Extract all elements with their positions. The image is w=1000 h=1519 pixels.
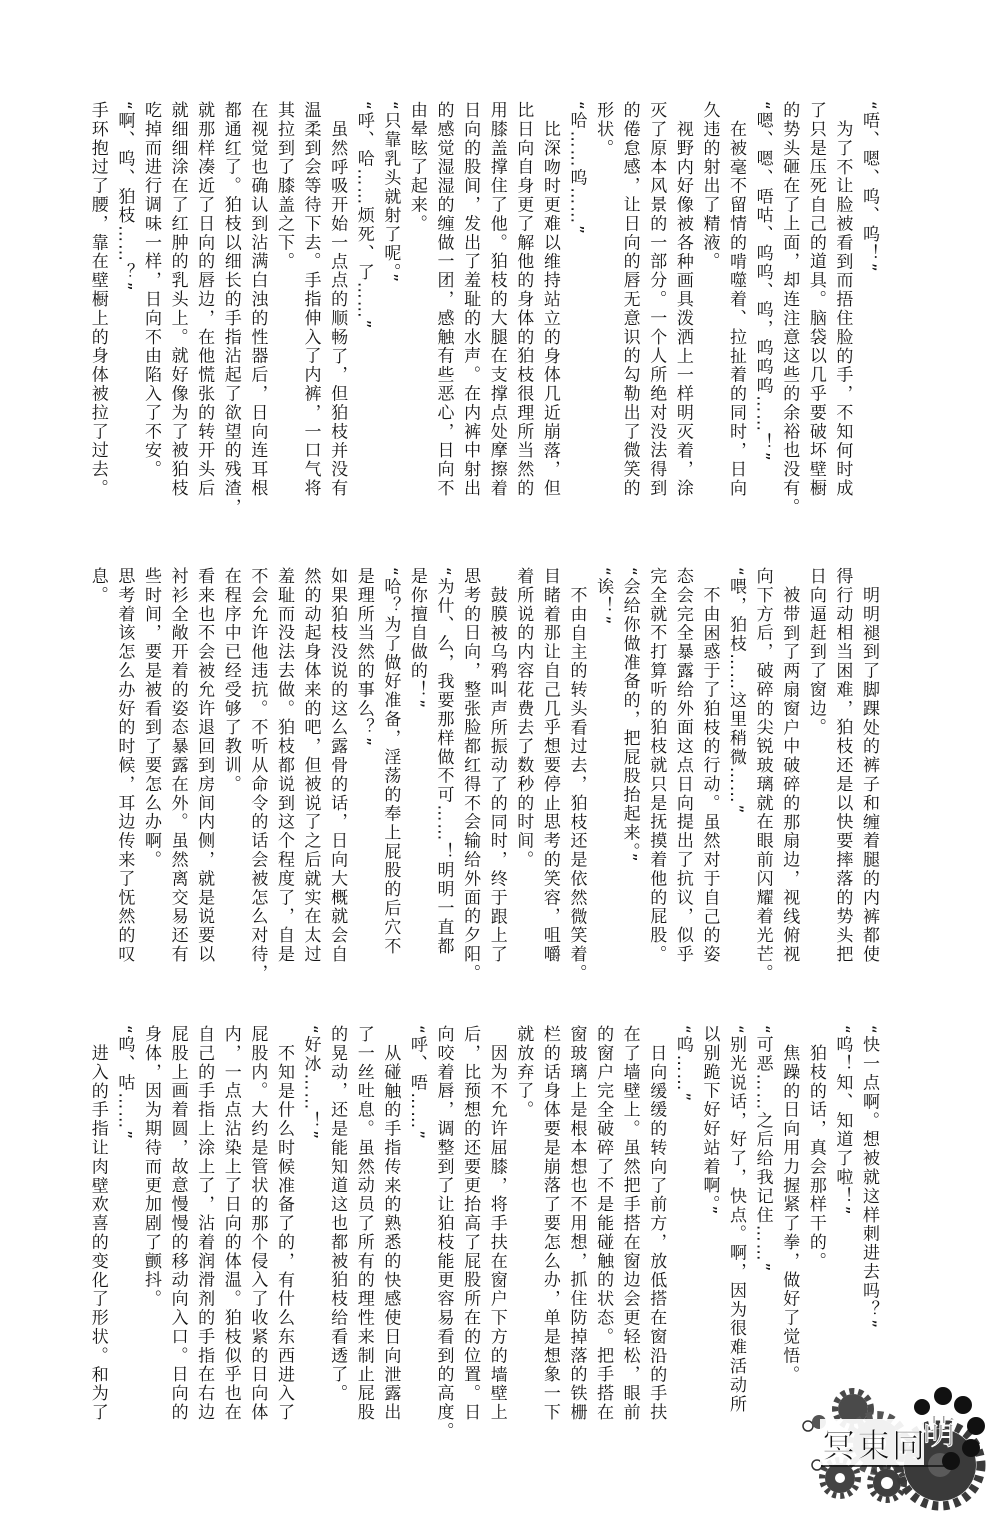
text-column: 鼓膜被乌鸦叫声所振动了的同时，终于跟上了 bbox=[483, 567, 510, 987]
text-column: 视野内好像被各种画具泼洒上一样明灭着，涂 bbox=[669, 101, 696, 521]
text-column: 着所说的内容花费去了数秒的时间。 bbox=[510, 567, 537, 987]
text-band-bottom: “快一点啊。想被就这样刺进去吗？” “呜！知、知道了啦！” 狛枝的话，真会那样干… bbox=[84, 1025, 882, 1445]
novel-page: “唔、嗯、呜、呜！” 为了不让脸被看到而捂住脸的手，不知何时成 了只是压死自己的… bbox=[0, 0, 1000, 1519]
text-column: 从碰触的手指传来的熟悉的快感使日向泄露出 bbox=[377, 1025, 404, 1445]
text-column: 就放弃了。 bbox=[510, 1025, 537, 1445]
text-column: 进入的手指让肉壁欢喜的变化了形状。和为了 bbox=[84, 1025, 111, 1445]
text-column: 向咬着唇，调整到了让狛枝能更容易看到的高度。 bbox=[430, 1025, 457, 1445]
text-column: “哈……呜……” bbox=[563, 101, 590, 521]
text-column: “嗯、嗯、唔咕、呜呜、呜，呜呜呜……！” bbox=[749, 101, 776, 521]
text-column: 在视觉也确认到沾满白浊的性器后，日向连耳根 bbox=[244, 101, 271, 521]
text-column: “喂，狛枝……这里稍微……” bbox=[722, 567, 749, 987]
logo-title: 冥東同 bbox=[822, 1426, 927, 1465]
text-column: 都通红了。狛枝以细长的手指沾起了欲望的残渣， bbox=[217, 101, 244, 521]
text-column: 的势头砸在了上面，却连注意这些的余裕也没有。 bbox=[776, 101, 803, 521]
text-column: 完全就不打算听的狛枝就只是抚摸着他的屁股。 bbox=[643, 567, 670, 987]
text-column: “只靠乳头就射了呢。” bbox=[377, 101, 404, 521]
text-column: 吃掉而进行调味一样，日向不由陷入了不安。 bbox=[137, 101, 164, 521]
text-column: 其拉到了膝盖之下。 bbox=[270, 101, 297, 521]
text-column: 日向逼赶到了窗边。 bbox=[802, 567, 829, 987]
text-column: 是理所当然的事么？” bbox=[350, 567, 377, 987]
text-column: 向下方后，破碎的尖锐玻璃就在眼前闪耀着光芒。 bbox=[749, 567, 776, 987]
text-column: “呜！知、知道了啦！” bbox=[829, 1025, 856, 1445]
text-column: 思考着该怎么办好的时候，耳边传来了怃然的叹 bbox=[111, 567, 138, 987]
text-column: “别光说话，好了，快点。啊，因为很难活动所 bbox=[722, 1025, 749, 1445]
text-column: 手环抱过了腰，靠在壁橱上的身体被拉了过去。 bbox=[84, 101, 111, 521]
text-column: 息。 bbox=[84, 567, 111, 987]
text-column: “为什、么，我要那样做不可……！明明一直都 bbox=[430, 567, 457, 987]
text-column: “唔、嗯、呜、呜！” bbox=[855, 101, 882, 521]
text-column: 自己的手指上涂上了，沾着润滑剂的手指在右边 bbox=[191, 1025, 218, 1445]
text-column: 如果狛枝没说的这么露骨的话，日向大概就会自 bbox=[324, 567, 351, 987]
text-column: 不由困惑于了狛枝的行动。虽然对于自己的姿 bbox=[696, 567, 723, 987]
text-column: 后，比预想的还要更抬高了屁股所在的位置。日 bbox=[457, 1025, 484, 1445]
text-column: “呜、咕……” bbox=[111, 1025, 138, 1445]
text-column: 因为不允许屈膝，将手扶在窗户下方的墙壁上 bbox=[483, 1025, 510, 1445]
text-column: 目睹着那让自己几乎想要停止思考的笑容，咀嚼 bbox=[536, 567, 563, 987]
text-column: 形状。 bbox=[589, 101, 616, 521]
text-column: “好冰……！” bbox=[297, 1025, 324, 1445]
text-column: 窗玻璃上是根本想也不用想，抓住防掉落的铁栅 bbox=[563, 1025, 590, 1445]
text-column: “可恶……之后给我记住……” bbox=[749, 1025, 776, 1445]
logo-accent: 萌 bbox=[922, 1413, 956, 1453]
text-column: 不会允许他违抗。不听从命令的话会被怎么对待， bbox=[244, 567, 271, 987]
text-column: 衬衫全敞开着的姿态暴露在外。虽然离交易还有 bbox=[164, 567, 191, 987]
text-column: 焦躁的日向用力握紧了拳，做好了觉悟。 bbox=[776, 1025, 803, 1445]
text-column: 温柔到会等待下去。手指伸入了内裤，一口气将 bbox=[297, 101, 324, 521]
text-column: 以别跪下好好站着啊。” bbox=[696, 1025, 723, 1445]
text-column: 就细细涂在了红肿的乳头上。就好像为了被狛枝 bbox=[164, 101, 191, 521]
text-column: 思考的日向，整张脸都红得不会输给外面的夕阳。 bbox=[457, 567, 484, 987]
text-column: 灭了原本风景的一部分。一个人所绝对没法得到 bbox=[643, 101, 670, 521]
text-column: 是你擅自做的！” bbox=[403, 567, 430, 987]
text-column: 用膝盖撑住了他。狛枝的大腿在支撑点处摩擦着 bbox=[483, 101, 510, 521]
text-column: 比深吻时更难以维持站立的身体几近崩落，但 bbox=[536, 101, 563, 521]
text-column: 在被毫不留情的啃噬着、拉扯着的同时，日向 bbox=[722, 101, 749, 521]
text-column: 明明褪到了脚踝处的裤子和缠着腿的内裤都使 bbox=[855, 567, 882, 987]
text-column: 些时间，要是被看到了要怎么办啊。 bbox=[137, 567, 164, 987]
text-column: 态会完全暴露给外面这点日向提出了抗议，似乎 bbox=[669, 567, 696, 987]
text-column: 的窗户完全破碎了不是能碰触的状态。把手搭在 bbox=[589, 1025, 616, 1445]
text-band-middle: 明明褪到了脚踝处的裤子和缠着腿的内裤都使 得行动相当困难，狛枝还是以快要摔落的势… bbox=[84, 567, 882, 987]
text-column: “呼、哈……烦死、了……” bbox=[350, 101, 377, 521]
text-column: “快一点啊。想被就这样刺进去吗？” bbox=[855, 1025, 882, 1445]
text-column: 不知是什么时候准备了的，有什么东西进入了 bbox=[270, 1025, 297, 1445]
text-column: 为了不让脸被看到而捂住脸的手，不知何时成 bbox=[829, 101, 856, 521]
text-column: “啊、呜、狛枝……？” bbox=[111, 101, 138, 521]
text-column: 被带到了两扇窗户中破碎的那扇边，视线俯视 bbox=[776, 567, 803, 987]
text-column: “诶！” bbox=[589, 567, 616, 987]
text-column: 在了墙壁上。虽然把手搭在窗边会更轻松，眼前 bbox=[616, 1025, 643, 1445]
text-column: 狛枝的话，真会那样干的。 bbox=[802, 1025, 829, 1445]
text-band-top: “唔、嗯、呜、呜！” 为了不让脸被看到而捂住脸的手，不知何时成 了只是压死自己的… bbox=[84, 101, 882, 521]
text-column: 的倦怠感，让日向的唇无意识的勾勒出了微笑的 bbox=[616, 101, 643, 521]
text-column: 虽然呼吸开始一点点的顺畅了，但狛枝并没有 bbox=[324, 101, 351, 521]
group-logo: 冥東同 萌 bbox=[795, 1385, 995, 1515]
text-column: 羞耻而没法去做。狛枝都说到这个程度了，自是 bbox=[270, 567, 297, 987]
text-column: 看来也不会被允许退回到房间内侧，就是说要以 bbox=[191, 567, 218, 987]
text-column: 身体，因为期待而更加剧了颤抖。 bbox=[137, 1025, 164, 1445]
text-column: “会给你做准备的，把屁股抬起来。” bbox=[616, 567, 643, 987]
text-column: 日向的股间，发出了羞耻的水声。在内裤中射出 bbox=[457, 101, 484, 521]
text-column: 不由自主的转头看过去，狛枝还是依然微笑着。 bbox=[563, 567, 590, 987]
text-column: “哈？为了做好准备，淫荡的奉上屁股的后穴不 bbox=[377, 567, 404, 987]
text-column: 日向缓缓的转向了前方，放低搭在窗沿的手扶 bbox=[643, 1025, 670, 1445]
text-column: 栏的话身体要是崩落了要怎么办，单是想象一下 bbox=[536, 1025, 563, 1445]
text-column: “呼、唔……” bbox=[403, 1025, 430, 1445]
text-column: 就那样凑近了日向的唇边，在他慌张的转开头后 bbox=[191, 101, 218, 521]
text-column: 了一丝吐息。虽然动员了所有的理性来制止屁股 bbox=[350, 1025, 377, 1445]
text-column: 屁股内。大约是管状的那个侵入了收紧的日向体 bbox=[244, 1025, 271, 1445]
text-column: 在程序中已经受够了教训。 bbox=[217, 567, 244, 987]
text-column: 由晕眩了起来。 bbox=[403, 101, 430, 521]
text-column: 得行动相当困难，狛枝还是以快要摔落的势头把 bbox=[829, 567, 856, 987]
text-column: 比日向自身更了解他的身体的狛枝很理所当然的 bbox=[510, 101, 537, 521]
text-column: 的感觉湿湿的缠做一团，感触有些恶心，日向不 bbox=[430, 101, 457, 521]
text-column: 然的动起身体来的吧，但被说了之后就实在太过 bbox=[297, 567, 324, 987]
text-column: “呜……” bbox=[669, 1025, 696, 1445]
text-column: 屁股上画着圆，故意慢慢的移动向入口。日向的 bbox=[164, 1025, 191, 1445]
text-column: 了只是压死自己的道具。脑袋以几乎要破坏壁橱 bbox=[802, 101, 829, 521]
text-column: 内，一点点沾染上了日向的体温。狛枝似乎也在 bbox=[217, 1025, 244, 1445]
text-column: 久违的射出了精液。 bbox=[696, 101, 723, 521]
text-column: 的晃动，还是能知道这也都被狛枝给看透了。 bbox=[324, 1025, 351, 1445]
